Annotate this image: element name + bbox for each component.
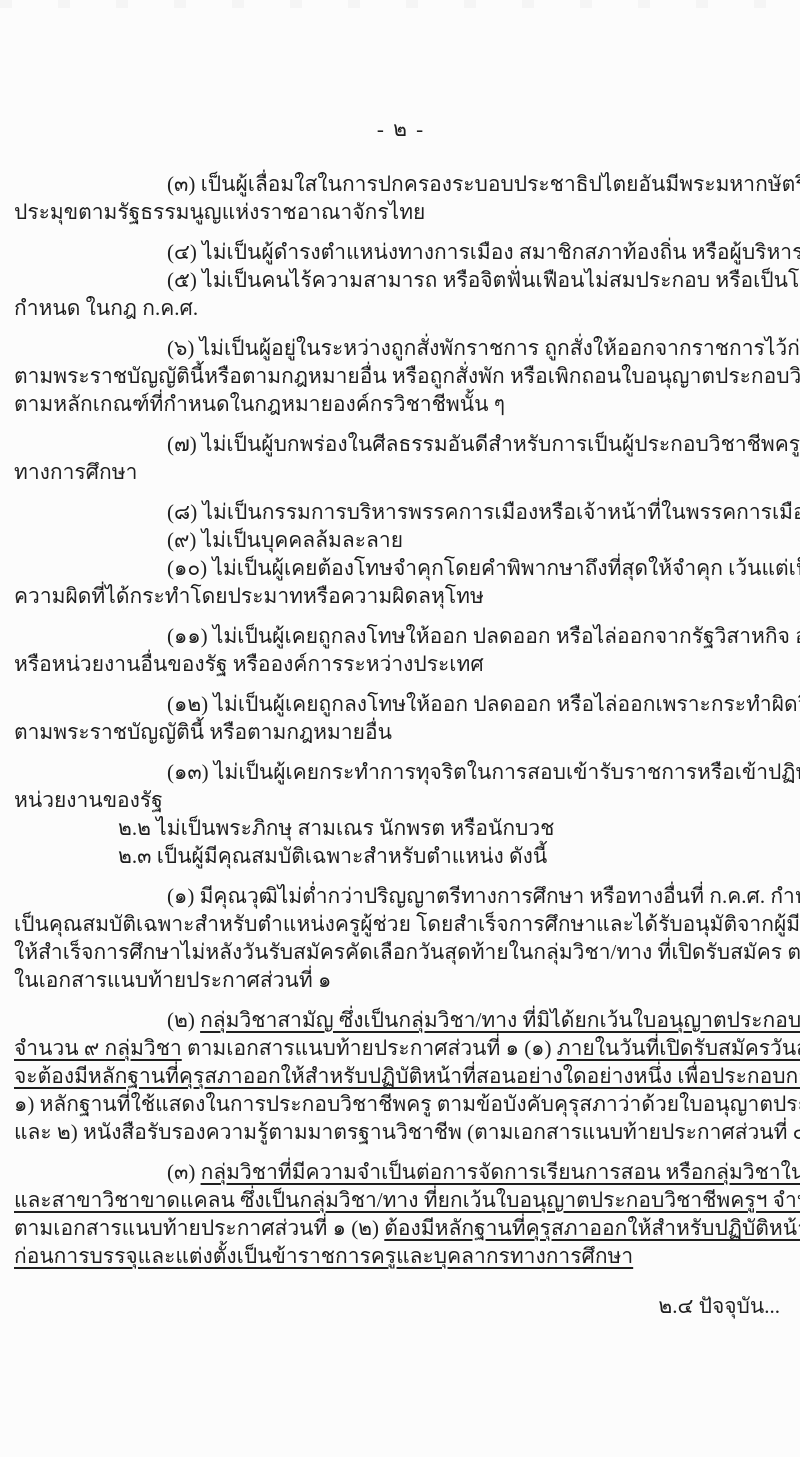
page-number: - ๒ - <box>14 115 788 143</box>
text-segment: ประมุขตามรัฐธรรมนูญแห่งราชอาณาจักรไทย <box>14 200 425 224</box>
text-segment: (๑๓) ไม่เป็นผู้เคยกระทำการทุจริตในการสอบ… <box>167 760 800 784</box>
text-line: ความผิดที่ได้กระทำโดยประมาทหรือความผิดลห… <box>14 582 788 610</box>
text-segment: ตามพระราชบัญญัตินี้ หรือตามกฎหมายอื่น <box>14 720 392 744</box>
underlined-text-segment: ก่อนการบรรจุและแต่งตั้งเป็นข้าราชการครูแ… <box>14 1244 633 1268</box>
text-segment: (๕) ไม่เป็นคนไร้ความสามารถ หรือจิตฟั่นเฟ… <box>167 268 800 292</box>
text-line: (๑๑) ไม่เป็นผู้เคยถูกลงโทษให้ออก ปลดออก … <box>14 622 788 650</box>
text-segment: (๑) มีคุณวุฒิไม่ต่ำกว่าปริญญาตรีทางการศึ… <box>167 884 800 908</box>
text-line: กำหนด ในกฎ ก.ค.ศ. <box>14 294 788 322</box>
underlined-text-segment: ภายในวันที่เปิดรับสมัครวันสุดท้ายผู้สมัค… <box>557 1036 800 1060</box>
text-segment: ในเอกสารแนบท้ายประกาศส่วนที่ ๑ <box>14 968 331 992</box>
underlined-text-segment: กลุ่มวิชาที่มีความจำเป็นต่อการจัดการเรีย… <box>201 1160 800 1184</box>
text-line: (๑) มีคุณวุฒิไม่ต่ำกว่าปริญญาตรีทางการศึ… <box>14 882 788 910</box>
text-line: (๙) ไม่เป็นบุคคลล้มละลาย <box>14 526 788 554</box>
text-line: และ ๒) หนังสือรับรองความรู้ตามมาตรฐานวิช… <box>14 1118 788 1146</box>
text-segment: ตามเอกสารแนบท้ายประกาศส่วนที่ ๑ (๒) <box>14 1216 384 1240</box>
text-segment: (๑๒) ไม่เป็นผู้เคยถูกลงโทษให้ออก ปลดออก … <box>167 692 800 716</box>
text-line: ก่อนการบรรจุและแต่งตั้งเป็นข้าราชการครูแ… <box>14 1242 788 1270</box>
text-line: ทางการศึกษา <box>14 458 788 486</box>
underlined-text-segment: จำนวน ๙ กลุ่มวิชา <box>14 1036 182 1060</box>
text-line: (๓) กลุ่มวิชาที่มีความจำเป็นต่อการจัดการ… <box>14 1158 788 1186</box>
underlined-text-segment: จะต้องมีหลักฐานที่คุรุสภาออกให้สำหรับปฏิ… <box>14 1064 800 1088</box>
text-line: และสาขาวิชาขาดแคลน ซึ่งเป็นกลุ่มวิชา/ทาง… <box>14 1186 788 1214</box>
text-segment: ทางการศึกษา <box>14 460 137 484</box>
text-segment: (๓) <box>167 1160 201 1184</box>
text-line: (๔) ไม่เป็นผู้ดำรงตำแหน่งทางการเมือง สมา… <box>14 238 788 266</box>
text-segment: (๙) ไม่เป็นบุคคลล้มละลาย <box>167 528 403 552</box>
text-segment: (๖) ไม่เป็นผู้อยู่ในระหว่างถูกสั่งพักราช… <box>167 336 800 360</box>
text-segment: (๗) ไม่เป็นผู้บกพร่องในศีลธรรมอันดีสำหรั… <box>167 432 800 456</box>
text-line: ให้สำเร็จการศึกษาไม่หลังวันรับสมัครคัดเล… <box>14 938 788 966</box>
text-line: (๕) ไม่เป็นคนไร้ความสามารถ หรือจิตฟั่นเฟ… <box>14 266 788 294</box>
underlined-text-segment: และสาขาวิชาขาดแคลน ซึ่งเป็นกลุ่มวิชา/ทาง… <box>14 1188 800 1212</box>
text-line: ๒.๓ เป็นผู้มีคุณสมบัติเฉพาะสำหรับตำแหน่ง… <box>14 842 788 870</box>
text-segment: ความผิดที่ได้กระทำโดยประมาทหรือความผิดลห… <box>14 584 484 608</box>
text-line: (๗) ไม่เป็นผู้บกพร่องในศีลธรรมอันดีสำหรั… <box>14 430 788 458</box>
text-segment: (๑๑) ไม่เป็นผู้เคยถูกลงโทษให้ออก ปลดออก … <box>167 624 800 648</box>
text-segment: (๒) <box>167 1008 200 1032</box>
text-line: ๑) หลักฐานที่ใช้แสดงในการประกอบวิชาชีพคร… <box>14 1090 788 1118</box>
text-segment: และ ๒) หนังสือรับรองความรู้ตามมาตรฐานวิช… <box>14 1120 800 1144</box>
underlined-text-segment: ต้องมีหลักฐานที่คุรุสภาออกให้สำหรับปฏิบั… <box>384 1216 800 1240</box>
text-line: จำนวน ๙ กลุ่มวิชา ตามเอกสารแนบท้ายประกาศ… <box>14 1034 788 1062</box>
text-line: (๖) ไม่เป็นผู้อยู่ในระหว่างถูกสั่งพักราช… <box>14 334 788 362</box>
text-line: ในเอกสารแนบท้ายประกาศส่วนที่ ๑ <box>14 966 788 994</box>
text-segment: (๑๐) ไม่เป็นผู้เคยต้องโทษจำคุกโดยคำพิพาก… <box>167 556 800 580</box>
text-segment: หรือหน่วยงานอื่นของรัฐ หรือองค์การระหว่า… <box>14 652 484 676</box>
text-line: ตามพระราชบัญญัตินี้หรือตามกฎหมายอื่น หรื… <box>14 362 788 390</box>
text-segment: ตามพระราชบัญญัตินี้หรือตามกฎหมายอื่น หรื… <box>14 364 800 388</box>
text-line: ตามเอกสารแนบท้ายประกาศส่วนที่ ๑ (๒) ต้อง… <box>14 1214 788 1242</box>
text-segment: (๓) เป็นผู้เลื่อมใสในการปกครองระบอบประชา… <box>167 172 800 196</box>
text-line: (๒) กลุ่มวิชาสามัญ ซึ่งเป็นกลุ่มวิชา/ทาง… <box>14 1006 788 1034</box>
text-line: (๘) ไม่เป็นกรรมการบริหารพรรคการเมืองหรือ… <box>14 498 788 526</box>
text-line: จะต้องมีหลักฐานที่คุรุสภาออกให้สำหรับปฏิ… <box>14 1062 788 1090</box>
text-line: (๑๓) ไม่เป็นผู้เคยกระทำการทุจริตในการสอบ… <box>14 758 788 786</box>
text-line: ตามพระราชบัญญัตินี้ หรือตามกฎหมายอื่น <box>14 718 788 746</box>
scan-artifacts <box>0 0 800 8</box>
text-segment: หน่วยงานของรัฐ <box>14 788 163 812</box>
text-segment: ให้สำเร็จการศึกษาไม่หลังวันรับสมัครคัดเล… <box>14 940 800 964</box>
text-line: (๓) เป็นผู้เลื่อมใสในการปกครองระบอบประชา… <box>14 170 788 198</box>
text-line: ๒.๒ ไม่เป็นพระภิกษุ สามเณร นักพรต หรือนั… <box>14 814 788 842</box>
text-line: ประมุขตามรัฐธรรมนูญแห่งราชอาณาจักรไทย <box>14 198 788 226</box>
text-line: หน่วยงานของรัฐ <box>14 786 788 814</box>
text-segment: เป็นคุณสมบัติเฉพาะสำหรับตำแหน่งครูผู้ช่ว… <box>14 912 800 936</box>
text-line: ตามหลักเกณฑ์ที่กำหนดในกฎหมายองค์กรวิชาชี… <box>14 390 788 418</box>
document-body: (๓) เป็นผู้เลื่อมใสในการปกครองระบอบประชา… <box>14 170 788 1270</box>
text-line: หรือหน่วยงานอื่นของรัฐ หรือองค์การระหว่า… <box>14 650 788 678</box>
text-segment: (๘) ไม่เป็นกรรมการบริหารพรรคการเมืองหรือ… <box>167 500 800 524</box>
text-segment: กำหนด ในกฎ ก.ค.ศ. <box>14 296 198 320</box>
text-line: (๑๐) ไม่เป็นผู้เคยต้องโทษจำคุกโดยคำพิพาก… <box>14 554 788 582</box>
continuation-note: ๒.๔ ปัจจุบัน... <box>14 1292 788 1320</box>
text-segment: ๒.๓ เป็นผู้มีคุณสมบัติเฉพาะสำหรับตำแหน่ง… <box>118 844 547 868</box>
underlined-text-segment: กลุ่มวิชาสามัญ ซึ่งเป็นกลุ่มวิชา/ทาง ที่… <box>200 1008 800 1032</box>
text-segment: ๒.๒ ไม่เป็นพระภิกษุ สามเณร นักพรต หรือนั… <box>118 816 554 840</box>
text-segment: ๑) หลักฐานที่ใช้แสดงในการประกอบวิชาชีพคร… <box>14 1092 800 1116</box>
text-line: (๑๒) ไม่เป็นผู้เคยถูกลงโทษให้ออก ปลดออก … <box>14 690 788 718</box>
text-segment: ตามหลักเกณฑ์ที่กำหนดในกฎหมายองค์กรวิชาชี… <box>14 392 505 416</box>
document-page: - ๒ - (๓) เป็นผู้เลื่อมใสในการปกครองระบอ… <box>0 0 800 1457</box>
text-line: เป็นคุณสมบัติเฉพาะสำหรับตำแหน่งครูผู้ช่ว… <box>14 910 788 938</box>
text-segment: (๔) ไม่เป็นผู้ดำรงตำแหน่งทางการเมือง สมา… <box>167 240 800 264</box>
text-segment: ตามเอกสารแนบท้ายประกาศส่วนที่ ๑ (๑) <box>182 1036 557 1060</box>
